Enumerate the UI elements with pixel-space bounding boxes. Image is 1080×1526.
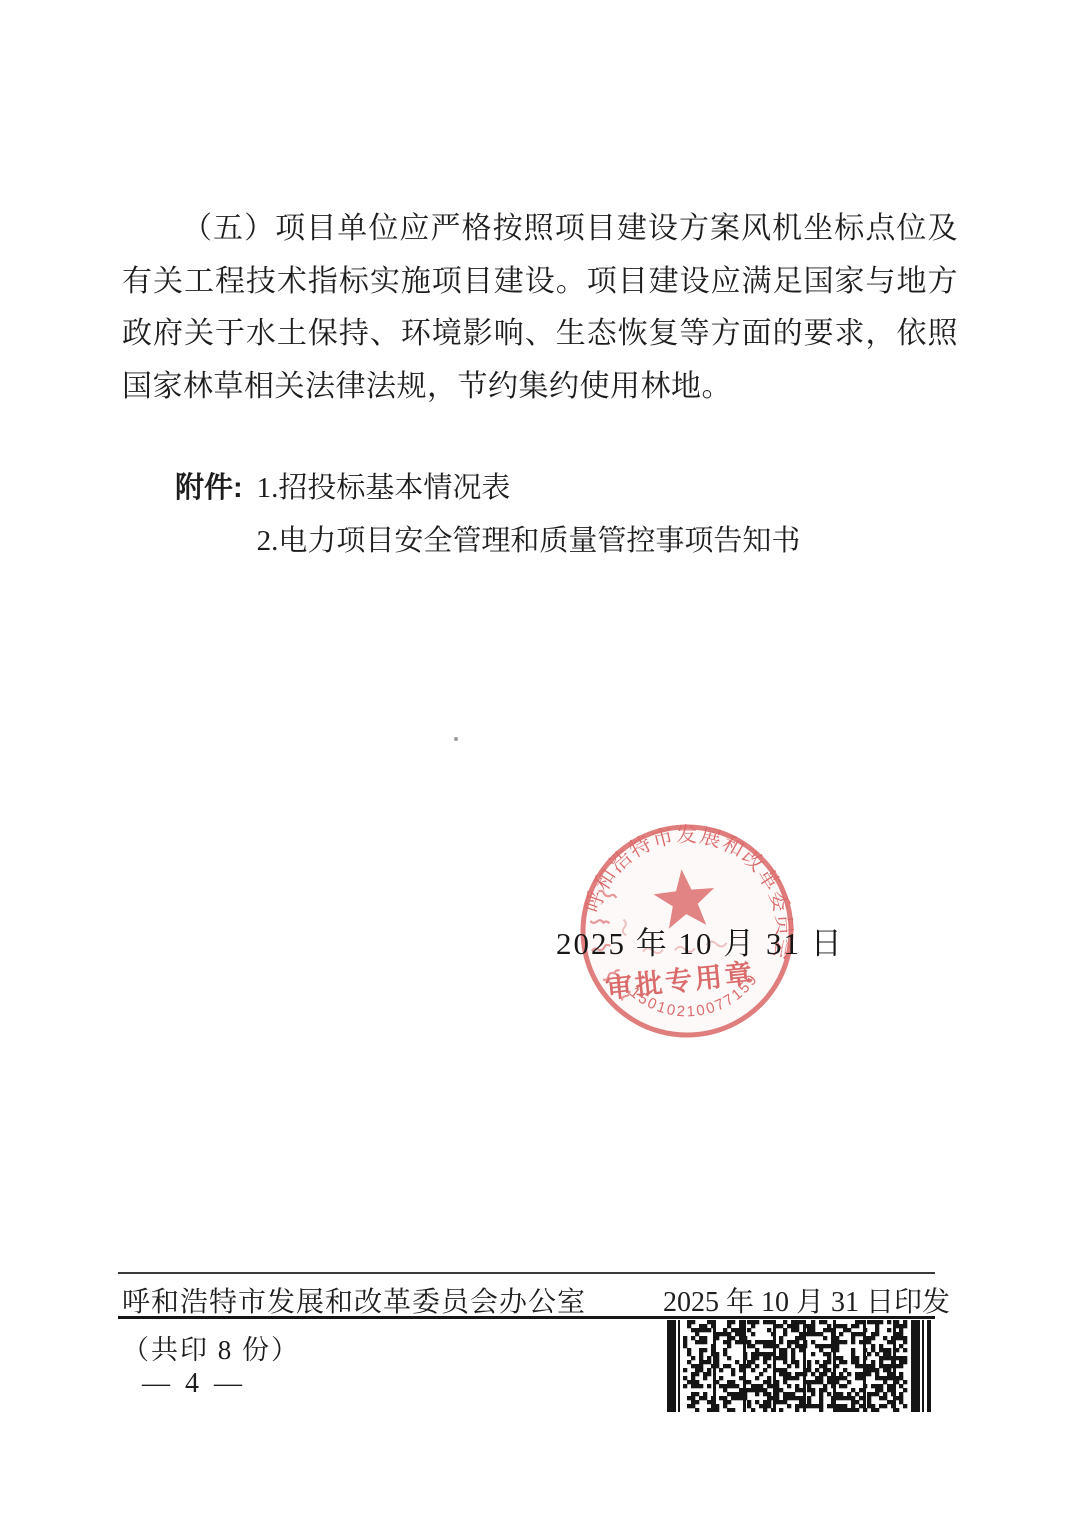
attachment-item: 1.招投标基本情况表 [257, 462, 801, 515]
attachments-list: 1.招投标基本情况表 2.电力项目安全管理和质量管控事项告知书 [257, 462, 801, 568]
copies-count: （共印 8 份） [122, 1328, 300, 1367]
attachment-item: 2.电力项目安全管理和质量管控事项告知书 [257, 515, 801, 568]
page-number: — 4 — [142, 1368, 246, 1400]
document-date: 2025 年 10 月 31 日 [556, 918, 844, 963]
print-date: 2025 年 10 月 31 日印发 [663, 1280, 933, 1320]
printing-speck [454, 737, 458, 741]
attachments-block: 附件: 1.招投标基本情况表 2.电力项目安全管理和质量管控事项告知书 [175, 462, 800, 568]
footer-rule-bottom [118, 1316, 935, 1319]
body-paragraph: （五）项目单位应严格按照项目建设方案风机坐标点位及有关工程技术指标实施项目建设。… [122, 203, 958, 413]
document-page: （五）项目单位应严格按照项目建设方案风机坐标点位及有关工程技术指标实施项目建设。… [0, 0, 1080, 1526]
barcode [667, 1320, 933, 1412]
attachments-label: 附件: [175, 462, 243, 515]
issuing-office: 呼和浩特市发展和改革委员会办公室 [122, 1280, 586, 1320]
footer-rule-top [118, 1272, 935, 1274]
